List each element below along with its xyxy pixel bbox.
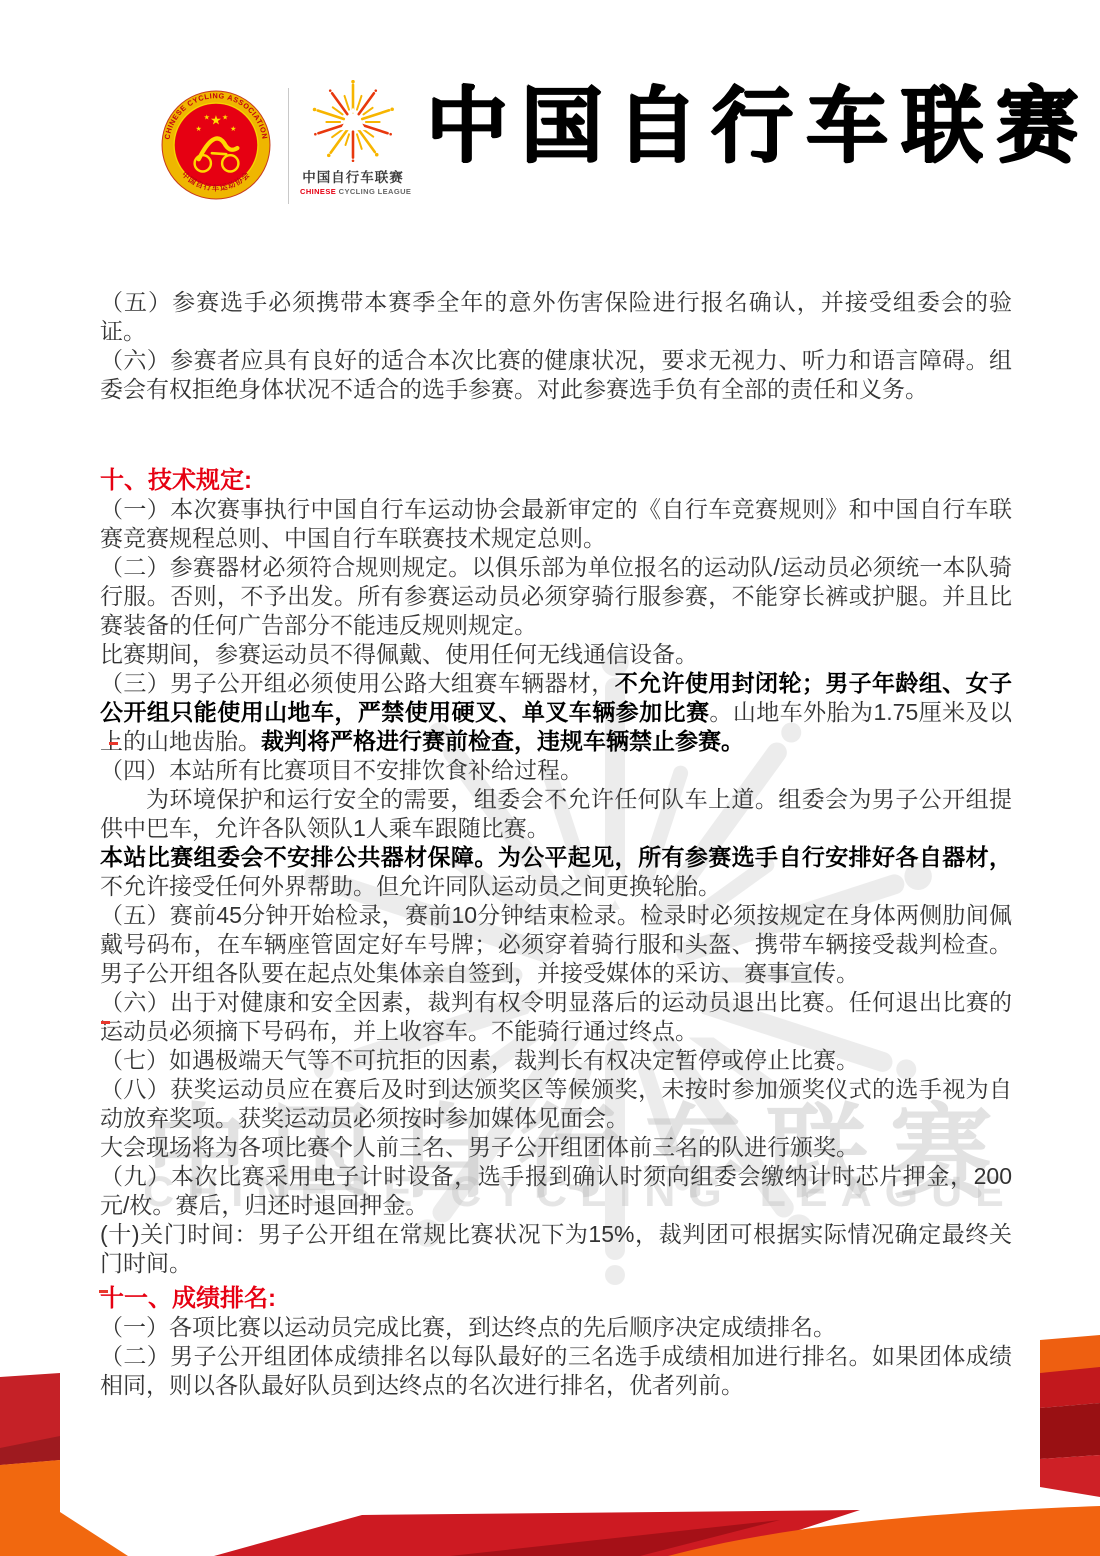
header: CHINESE CYCLING ASSOCIATION 中国自行车运动协会 ★ … xyxy=(0,0,1100,230)
paragraph: （一）本次赛事执行中国自行车运动协会最新审定的《自行车竞赛规则》和中国自行车联赛… xyxy=(100,495,1012,553)
text-run: (十)关门时间：男子公开组在常规比赛状况下为15%，裁判团可根据实际情况确定最终… xyxy=(100,1221,1012,1276)
left-orange-ribbon xyxy=(0,1460,128,1556)
section: 十一、成绩排名:（一）各项比赛以运动员完成比赛，到达终点的先后顺序决定成绩排名。… xyxy=(100,1284,1012,1400)
paragraph: （二）男子公开组团体成绩排名以每队最好的三名选手成绩相加进行排名。如果团体成绩相… xyxy=(100,1342,1012,1400)
paragraph: （二）参赛器材必须符合规则规定。以俱乐部为单位报名的运动队/运动员必须统一本队骑… xyxy=(100,553,1012,640)
text-run: （六）出于对健康和安全因素，裁判有权令明显落后的运动员退出比赛。任何退出比赛的运… xyxy=(100,989,1012,1044)
right-maroon-block xyxy=(1040,1403,1100,1459)
text-run: （二）男子公开组团体成绩排名以每队最好的三名选手成绩相加进行排名。如果团体成绩相… xyxy=(100,1343,1012,1398)
text-run: （二）参赛器材必须符合规则规定。以俱乐部为单位报名的运动队/运动员必须统一本队骑… xyxy=(100,554,1012,638)
paragraph: （九）本次比赛采用电子计时设备，选手报到确认时须向组委会缴纳计时芯片押金，200… xyxy=(100,1162,1012,1220)
section-heading: 十、技术规定: xyxy=(100,466,1012,495)
header-divider xyxy=(288,88,289,204)
body-sections: （五）参赛选手必须携带本赛季全年的意外伤害保险进行报名确认，并接受组委会的验证。… xyxy=(100,288,1012,1400)
text-run: （五）赛前45分钟开始检录，赛前10分钟结束检录。检录时必须按规定在身体两侧肋间… xyxy=(100,902,1012,986)
text-run: （一）各项比赛以运动员完成比赛，到达终点的先后顺序决定成绩排名。 xyxy=(100,1314,836,1340)
right-red-block-2 xyxy=(1040,1455,1100,1497)
svg-text:★: ★ xyxy=(230,125,236,133)
paragraph: 大会现场将为各项比赛个人前三名、男子公开组团体前三名的队进行颁奖。 xyxy=(100,1133,1012,1162)
margin-mark xyxy=(109,742,118,745)
text-run: 大会现场将为各项比赛个人前三名、男子公开组团体前三名的队进行颁奖。 xyxy=(100,1134,859,1160)
league-logo-en-red: CHINESE xyxy=(300,187,336,196)
margin-mark xyxy=(99,1290,108,1293)
paragraph: （六）参赛者应具有良好的适合本次比赛的健康状况，要求无视力、听力和语言障碍。组委… xyxy=(100,346,1012,404)
svg-text:★: ★ xyxy=(204,114,210,122)
league-logo-en-gray: CYCLING LEAGUE xyxy=(336,187,411,196)
paragraph: (十)关门时间：男子公开组在常规比赛状况下为15%，裁判团可根据实际情况确定最终… xyxy=(100,1220,1012,1278)
document-page: 中国自行车联赛 CHINESE CYCLING LEAGUE CHINESE C… xyxy=(0,0,1100,1556)
paragraph: （七）如遇极端天气等不可抗拒的因素，裁判长有权决定暂停或停止比赛。 xyxy=(100,1046,1012,1075)
text-run: 为环境保护和运行安全的需要，组委会不允许任何队车上道。组委会为男子公开组提供中巴… xyxy=(100,786,1012,841)
page-title: 中国自行车联赛 xyxy=(426,84,1091,170)
right-red-block xyxy=(1040,1367,1100,1408)
svg-text:★: ★ xyxy=(222,114,228,122)
text-run: 比赛期间，参赛运动员不得佩戴、使用任何无线通信设备。 xyxy=(100,641,698,667)
text-run: （七）如遇极端天气等不可抗拒的因素，裁判长有权决定暂停或停止比赛。 xyxy=(100,1047,859,1073)
text-run: （八）获奖运动员应在赛后及时到达颁奖区等候颁奖，未按时参加颁奖仪式的选手视为自动… xyxy=(100,1076,1012,1131)
paragraph: （八）获奖运动员应在赛后及时到达颁奖区等候颁奖，未按时参加颁奖仪式的选手视为自动… xyxy=(100,1075,1012,1133)
text-run: （五）参赛选手必须携带本赛季全年的意外伤害保险进行报名确认，并接受组委会的验证。 xyxy=(100,289,1012,344)
text-run: （四）本站所有比赛项目不安排饮食补给过程。 xyxy=(100,757,583,783)
league-logo-name-en: CHINESE CYCLING LEAGUE xyxy=(300,187,406,196)
paragraph: （五）赛前45分钟开始检录，赛前10分钟结束检录。检录时必须按规定在身体两侧肋间… xyxy=(100,901,1012,988)
paragraph: （一）各项比赛以运动员完成比赛，到达终点的先后顺序决定成绩排名。 xyxy=(100,1313,1012,1342)
section-heading: 十一、成绩排名: xyxy=(100,1284,1012,1313)
paragraph: 比赛期间，参赛运动员不得佩戴、使用任何无线通信设备。 xyxy=(100,640,1012,669)
paragraph: （三）男子公开组必须使用公路大组赛车辆器材，不允许使用封闭轮；男子年龄组、女子公… xyxy=(100,669,1012,756)
bold-text-run: 本站比赛组委会不安排公共器材保障。为公平起见，所有参赛选手自行安排好各自器材， xyxy=(100,844,1012,870)
bold-text-run: 裁判将严格进行赛前检查，违规车辆禁止参赛。 xyxy=(261,728,744,754)
league-sunburst-icon xyxy=(311,80,395,164)
text-run: （九）本次比赛采用电子计时设备，选手报到确认时须向组委会缴纳计时芯片押金，200… xyxy=(100,1163,1012,1218)
margin-mark xyxy=(101,1021,110,1024)
section: （五）参赛选手必须携带本赛季全年的意外伤害保险进行报名确认，并接受组委会的验证。… xyxy=(100,288,1012,404)
text-run: （一）本次赛事执行中国自行车运动协会最新审定的《自行车竞赛规则》和中国自行车联赛… xyxy=(100,496,1012,551)
section: 十、技术规定:（一）本次赛事执行中国自行车运动协会最新审定的《自行车竞赛规则》和… xyxy=(100,466,1012,1278)
paragraph: （四）本站所有比赛项目不安排饮食补给过程。 xyxy=(100,756,1012,785)
paragraph: 本站比赛组委会不安排公共器材保障。为公平起见，所有参赛选手自行安排好各自器材，不… xyxy=(100,843,1012,901)
paragraph: 为环境保护和运行安全的需要，组委会不允许任何队车上道。组委会为男子公开组提供中巴… xyxy=(100,785,1012,843)
cycling-association-emblem-icon: CHINESE CYCLING ASSOCIATION 中国自行车运动协会 ★ … xyxy=(160,88,272,202)
league-logo: 中国自行车联赛 CHINESE CYCLING LEAGUE xyxy=(300,80,406,196)
text-run: （六）参赛者应具有良好的适合本次比赛的健康状况，要求无视力、听力和语言障碍。组委… xyxy=(100,347,1012,402)
svg-text:★: ★ xyxy=(210,113,222,128)
text-run: （三）男子公开组必须使用公路大组赛车辆器材， xyxy=(100,670,615,696)
right-orange-block xyxy=(1040,1335,1100,1373)
league-logo-name-cn: 中国自行车联赛 xyxy=(300,166,406,186)
paragraph: （五）参赛选手必须携带本赛季全年的意外伤害保险进行报名确认，并接受组委会的验证。 xyxy=(100,288,1012,346)
text-run: 不允许接受任何外界帮助。但允许同队运动员之间更换轮胎。 xyxy=(100,873,721,899)
svg-text:★: ★ xyxy=(196,125,202,133)
paragraph: （六）出于对健康和安全因素，裁判有权令明显落后的运动员退出比赛。任何退出比赛的运… xyxy=(100,988,1012,1046)
